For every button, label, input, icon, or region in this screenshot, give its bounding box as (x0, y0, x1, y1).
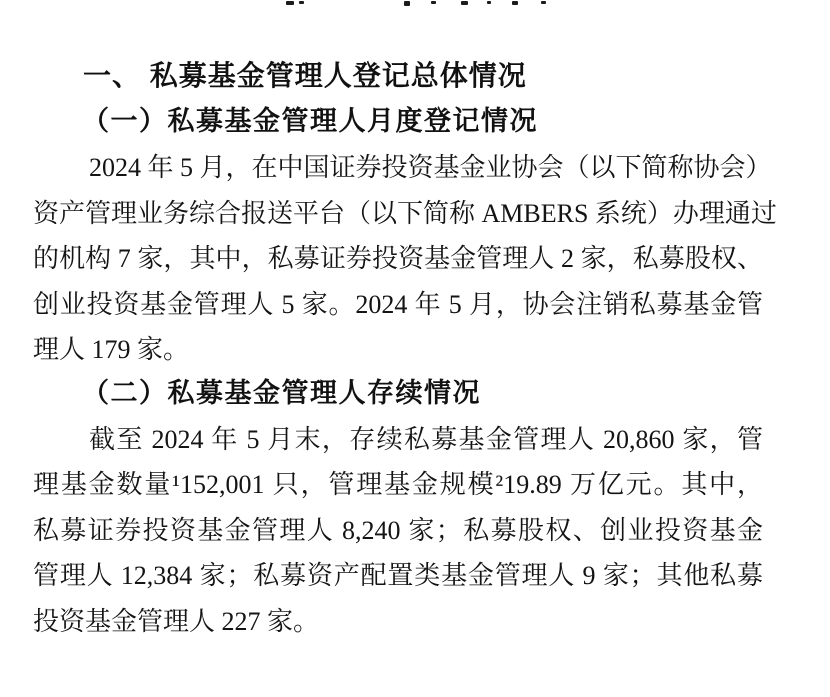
paragraph-line: 理人 179 家。 (33, 327, 763, 373)
subsection-heading-existing-managers: （二）私募基金管理人存续情况 (82, 375, 763, 411)
document-page: 一、 私募基金管理人登记总体情况 （一）私募基金管理人月度登记情况 2024 年… (0, 0, 830, 697)
paragraph-line: 投资基金管理人 227 家。 (33, 599, 763, 645)
paragraph-line: 管理人 12,384 家；私募资产配置类基金管理人 9 家；其他私募 (33, 553, 763, 599)
paragraph-line: 2024 年 5 月，在中国证券投资基金业协会（以下简称协会） (33, 145, 763, 191)
subsection-heading-monthly-registration: （一）私募基金管理人月度登记情况 (82, 103, 763, 139)
paragraph-existing-managers: 截至 2024 年 5 月末，存续私募基金管理人 20,860 家，管 理基金数… (33, 417, 763, 645)
section-heading: 一、 私募基金管理人登记总体情况 (83, 58, 763, 94)
paragraph-line: 理基金数量¹152,001 只，管理基金规模²19.89 万亿元。其中， (33, 462, 763, 508)
paragraph-line: 截至 2024 年 5 月末，存续私募基金管理人 20,860 家，管 (33, 417, 763, 463)
text-block: 一、 私募基金管理人登记总体情况 （一）私募基金管理人月度登记情况 2024 年… (33, 0, 763, 644)
paragraph-line: 的机构 7 家，其中，私募证券投资基金管理人 2 家，私募股权、 (33, 236, 763, 282)
paragraph-line: 私募证券投资基金管理人 8,240 家；私募股权、创业投资基金 (33, 508, 763, 554)
paragraph-line: 创业投资基金管理人 5 家。2024 年 5 月，协会注销私募基金管 (33, 282, 763, 328)
paragraph-line: 资产管理业务综合报送平台（以下简称 AMBERS 系统）办理通过 (33, 191, 763, 237)
paragraph-monthly-registration: 2024 年 5 月，在中国证券投资基金业协会（以下简称协会） 资产管理业务综合… (33, 145, 763, 373)
